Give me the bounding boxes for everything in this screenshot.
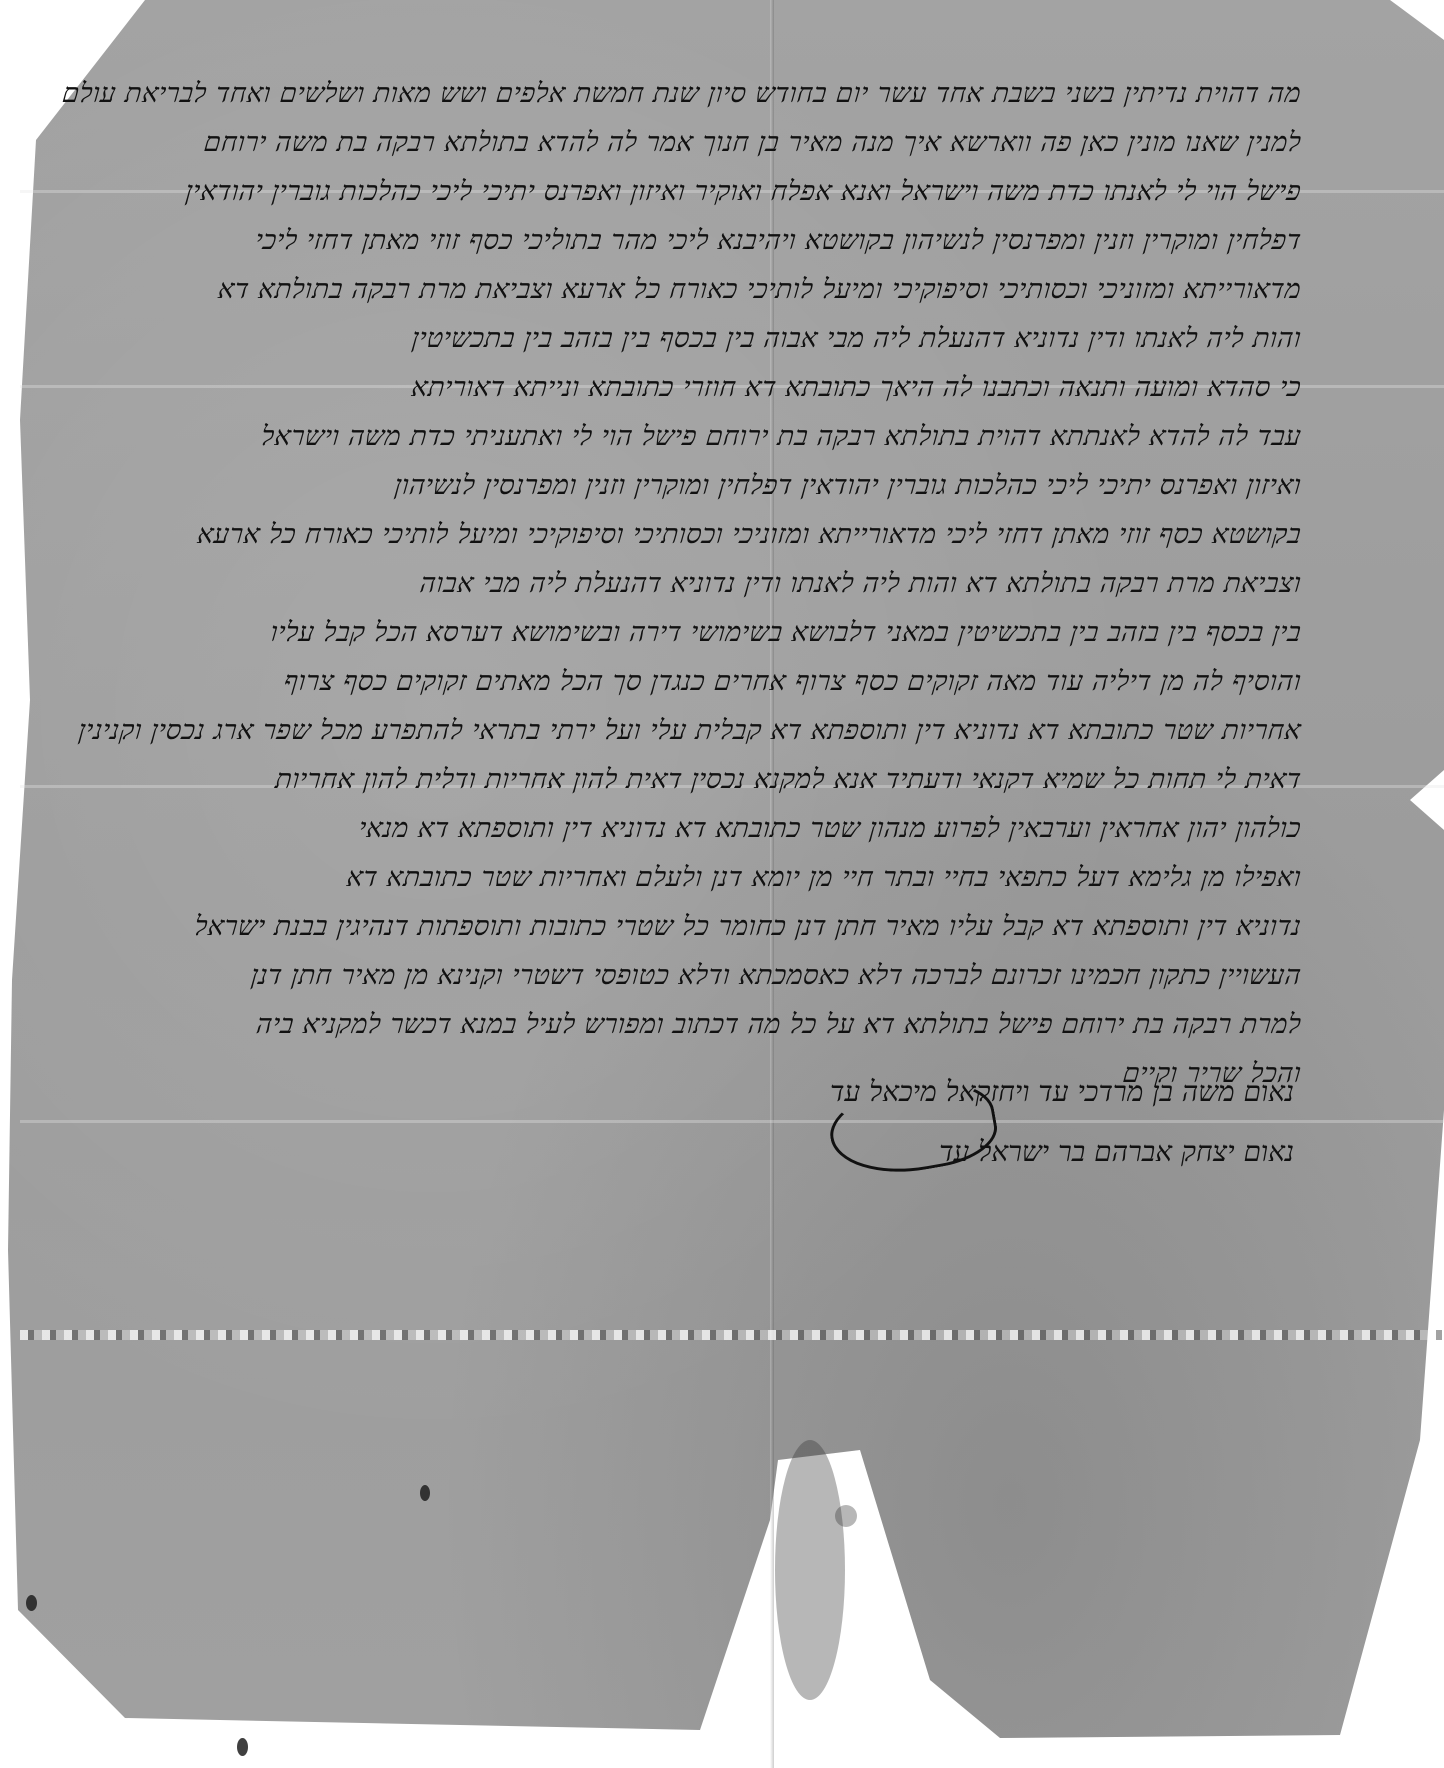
ink-spot bbox=[26, 1595, 37, 1611]
text-line: וצביאת מרת רבקה בתולתא דא והות ליה לאנתו… bbox=[57, 570, 1302, 619]
text-line: העשויין כתקון חכמינו זכרונם לברכה דלא כא… bbox=[57, 962, 1302, 1011]
text-line: כי סהדא ומועה ותנאה וכתבנו לה היאך כתובת… bbox=[57, 374, 1302, 423]
text-line: והוסיף לה מן דיליה עוד מאה זקוקים כסף צר… bbox=[57, 668, 1302, 717]
text-line: דאית לי תחות כל שמיא דקנאי ודעתיד אנא למ… bbox=[57, 766, 1302, 815]
text-line: דפלחין ומוקרין וזנין ומפרנסין לנשיהון בק… bbox=[57, 227, 1302, 276]
text-line: למרת רבקה בת ירוחם פישל בתולתא דא על כל … bbox=[57, 1011, 1302, 1060]
text-line: והות ליה לאנתו ודין נדוניא דהנעלת ליה מב… bbox=[57, 325, 1302, 374]
crease bbox=[20, 1120, 1444, 1123]
text-line: בין בכסף בין בזהב בין בתכשיטין במאני דלב… bbox=[57, 619, 1302, 668]
ketubah-body-text: מה דהוית נדיתין בשני בשבת אחד עשר יום בח… bbox=[60, 80, 1300, 1109]
water-stain bbox=[775, 1440, 845, 1700]
ink-spot bbox=[420, 1485, 430, 1501]
text-line: פישל הוי לי לאנתו כדת משה וישראל ואנא אפ… bbox=[57, 178, 1302, 227]
text-line: אחריות שטר כתובתא דא נדוניא דין ותוספתא … bbox=[57, 717, 1302, 766]
text-line: כולהון יהון אחראין וערבאין לפרוע מנהון ש… bbox=[57, 815, 1302, 864]
text-line: בקושטא כסף זוזי מאתן דחזי ליכי מדאורייתא… bbox=[57, 521, 1302, 570]
ink-spot bbox=[237, 1738, 248, 1756]
text-line: מה דהוית נדיתין בשני בשבת אחד עשר יום בח… bbox=[57, 80, 1302, 129]
text-line: עבד לה להדא לאנתתא דהוית בתולתא רבקה בת … bbox=[57, 423, 1302, 472]
text-line: למנין שאנו מונין כאן פה ווארשא איך מנה מ… bbox=[57, 129, 1302, 178]
text-line: נדוניא דין ותוספתא דא קבל עליו מאיר חתן … bbox=[57, 913, 1302, 962]
text-line: ואיזון ואפרנס יתיכי ליכי כהלכות גוברין י… bbox=[57, 472, 1302, 521]
water-stain bbox=[835, 1505, 857, 1527]
text-line: מדאורייתא ומזוניכי וכסותיכי וסיפוקיכי ומ… bbox=[57, 276, 1302, 325]
text-line: ואפילו מן גלימא דעל כתפאי בחיי ובתר חיי … bbox=[57, 864, 1302, 913]
horizontal-fold-tear bbox=[20, 1330, 1444, 1340]
